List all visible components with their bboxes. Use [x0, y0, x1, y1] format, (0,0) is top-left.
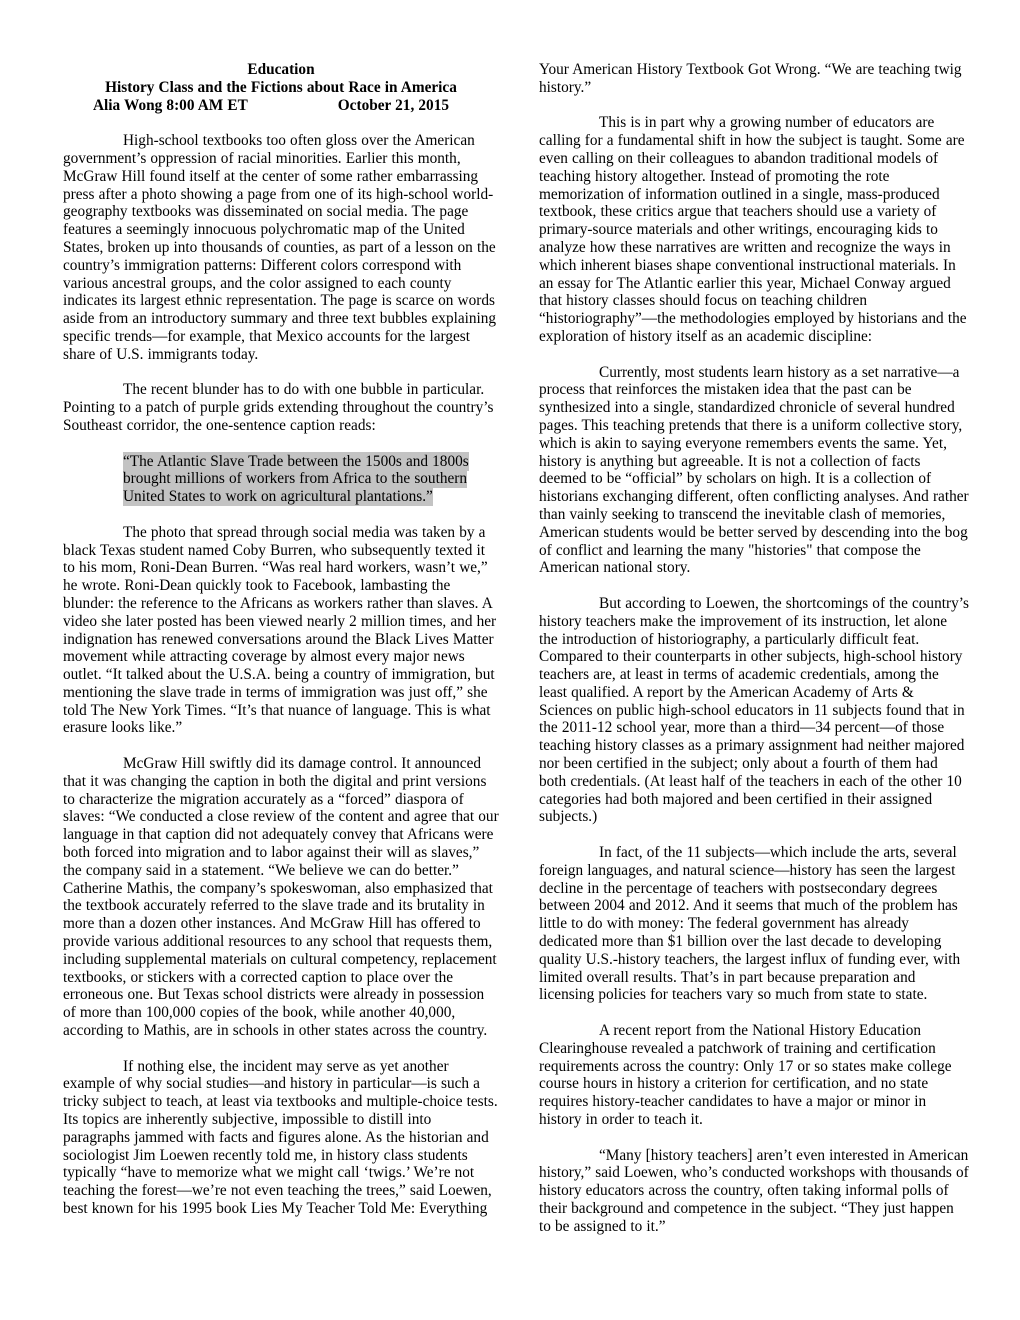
paragraph: Currently, most students learn history a… — [539, 364, 969, 578]
article-date: October 21, 2015 — [338, 97, 449, 115]
byline-row: Alia Wong 8:00 AM ET October 21, 2015 — [63, 97, 499, 115]
paragraph-continuation: Your American History Textbook Got Wrong… — [539, 61, 969, 97]
paragraph: But according to Loewen, the shortcoming… — [539, 595, 969, 826]
paragraph: In fact, of the 11 subjects—which includ… — [539, 844, 969, 1004]
left-column: Education History Class and the Fictions… — [63, 61, 499, 1236]
paragraph: A recent report from the National Histor… — [539, 1022, 969, 1129]
paragraph: McGraw Hill swiftly did its damage contr… — [63, 755, 499, 1040]
paragraph: If nothing else, the incident may serve … — [63, 1058, 499, 1218]
byline-author-time: Alia Wong 8:00 AM ET — [93, 97, 248, 115]
highlighted-quote-text: “The Atlantic Slave Trade between the 15… — [123, 452, 469, 507]
paragraph: High-school textbooks too often gloss ov… — [63, 132, 499, 363]
paragraph: This is in part why a growing number of … — [539, 114, 969, 345]
paragraph: “Many [history teachers] aren’t even int… — [539, 1147, 969, 1236]
article-title: History Class and the Fictions about Rac… — [63, 79, 499, 97]
paragraph: The photo that spread through social med… — [63, 524, 499, 738]
article-header: Education History Class and the Fictions… — [63, 61, 499, 114]
highlighted-quote-block: “The Atlantic Slave Trade between the 15… — [123, 453, 473, 506]
section-label: Education — [63, 61, 499, 79]
document-page: Education History Class and the Fictions… — [0, 0, 1020, 1320]
paragraph: The recent blunder has to do with one bu… — [63, 381, 499, 434]
right-column: Your American History Textbook Got Wrong… — [539, 61, 969, 1253]
